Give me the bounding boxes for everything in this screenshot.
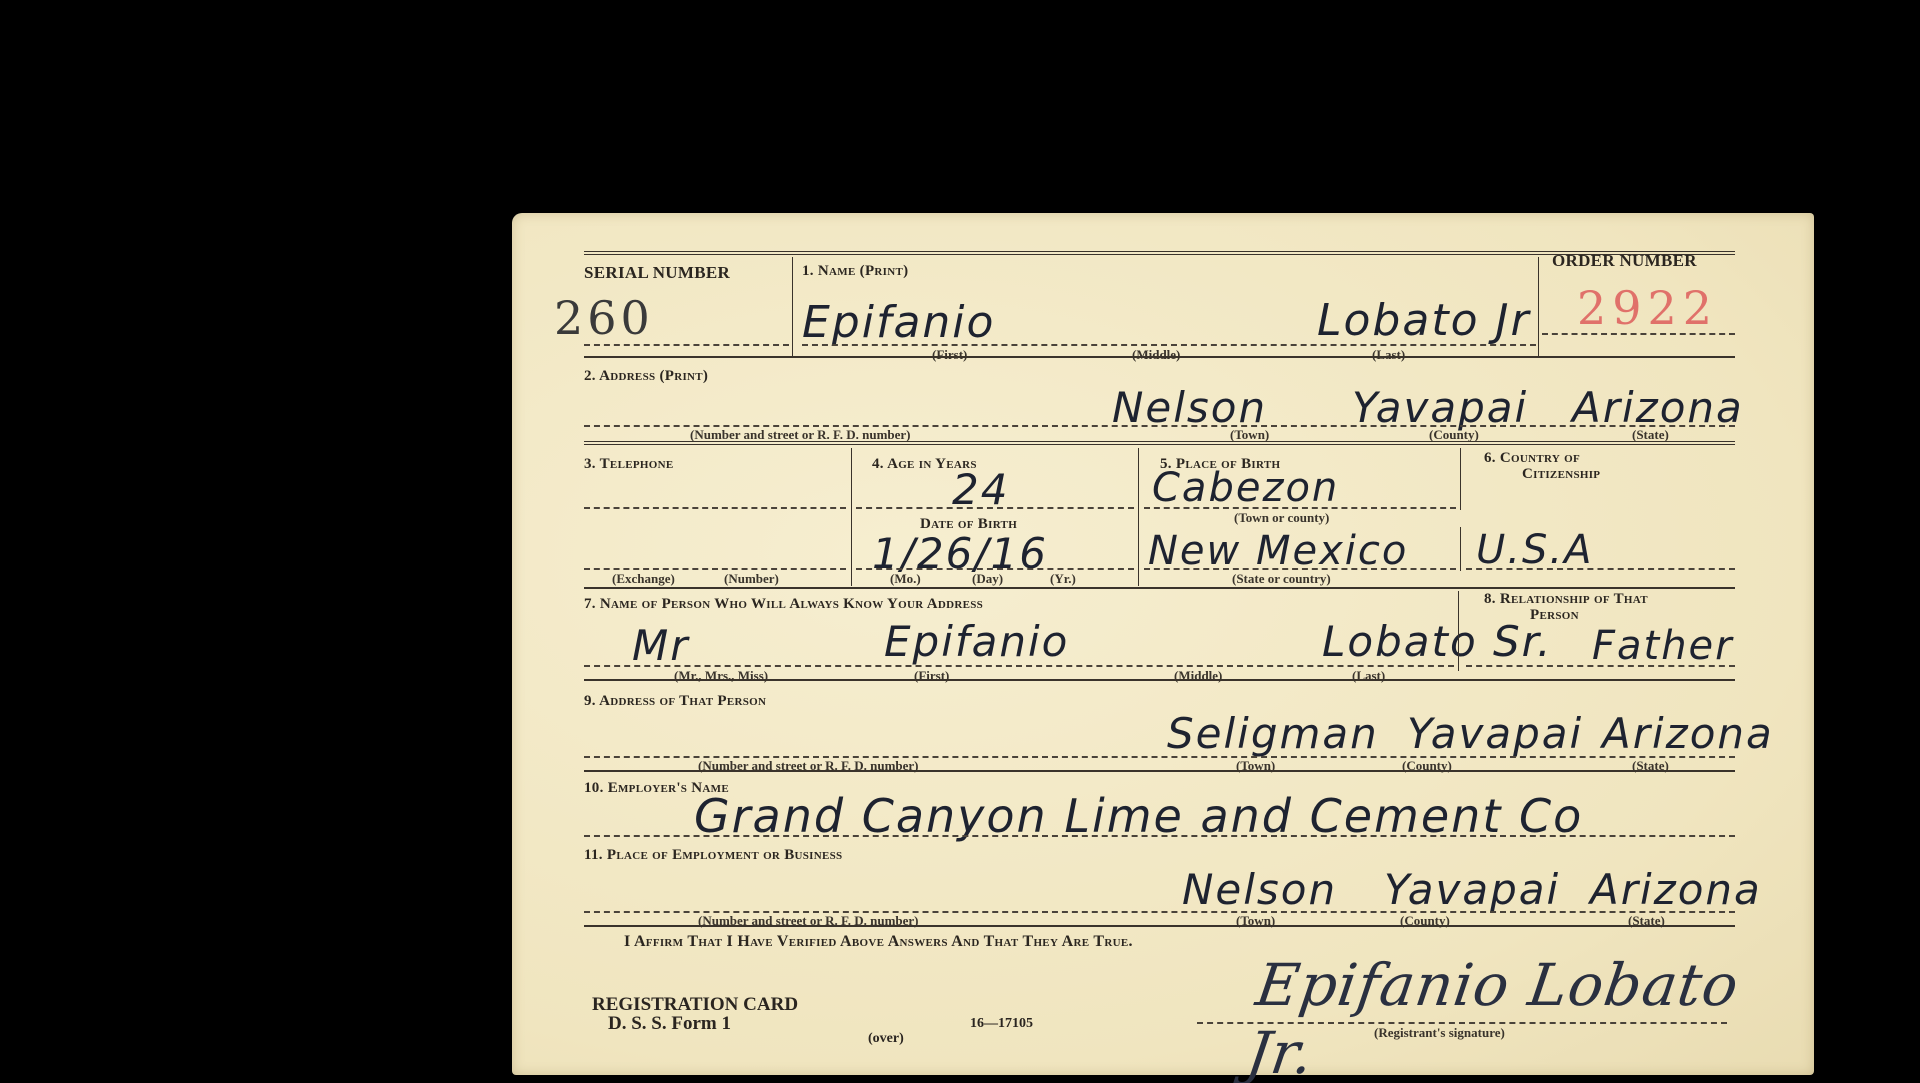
contact-last-caption: (Last) — [1352, 668, 1385, 684]
dob-dash — [856, 568, 1134, 570]
telephone-exchange-caption: (Exchange) — [612, 571, 675, 587]
serial-divider — [792, 257, 793, 357]
birthplace-state-dash — [1144, 568, 1456, 570]
citizenship-value: U.S.A — [1476, 527, 1593, 573]
affirmation-text: I Affirm That I Have Verified Above Answ… — [624, 933, 1133, 951]
name-middle-caption: (Middle) — [1132, 347, 1180, 363]
contact-title-value: Mr — [632, 621, 690, 670]
serial-number-label: Serial Number — [584, 263, 730, 283]
row7-rule — [584, 679, 1735, 681]
contact-address-county-value: Yavapai — [1407, 709, 1583, 758]
relationship-label-1: 8. Relationship of That — [1484, 591, 1648, 608]
pob-cit-divider-bottom — [1460, 527, 1461, 571]
row3-rule-right — [1466, 587, 1735, 589]
dob-day-caption: (Day) — [972, 571, 1003, 587]
print-code: 16—17105 — [970, 1016, 1033, 1032]
row9-rule — [584, 770, 1735, 772]
row1-rule — [584, 356, 1735, 358]
birthplace-town-caption: (Town or county) — [1234, 510, 1329, 526]
relationship-label-2: Person — [1530, 607, 1579, 624]
dob-yr-caption: (Yr.) — [1050, 571, 1076, 587]
contact-last-value: Lobato Sr. — [1322, 617, 1552, 666]
contact-first-value: Epifanio — [884, 617, 1069, 666]
over-label: (over) — [868, 1031, 904, 1047]
employment-state-value: Arizona — [1590, 865, 1762, 914]
order-dash — [1542, 333, 1735, 335]
order-divider — [1538, 257, 1539, 357]
birthplace-town-value: Cabezon — [1152, 465, 1339, 511]
tel-age-divider — [851, 448, 852, 586]
contact-middle-caption: (Middle) — [1174, 668, 1222, 684]
registration-card: Serial Number 260 1. Name (Print) Epifan… — [512, 213, 1814, 1075]
age-dash — [856, 507, 1134, 509]
dob-mo-caption: (Mo.) — [890, 571, 921, 587]
name-last-caption: (Last) — [1372, 347, 1405, 363]
name-label: 1. Name (Print) — [802, 263, 908, 280]
name-dash — [802, 344, 1536, 346]
contact-first-caption: (First) — [914, 668, 949, 684]
citizenship-label-2: Citizenship — [1522, 466, 1600, 483]
contact-address-label: 9. Address of That Person — [584, 693, 766, 710]
employment-county-value: Yavapai — [1384, 865, 1560, 914]
relationship-dash — [1466, 665, 1735, 667]
birthplace-town-dash — [1144, 507, 1456, 509]
citizenship-label-1: 6. Country of — [1484, 450, 1580, 467]
contact-title-caption: (Mr., Mrs., Miss) — [674, 668, 768, 684]
serial-dash — [584, 344, 789, 346]
telephone-dash-1 — [584, 507, 846, 509]
row2-rule — [584, 441, 1735, 445]
registrant-signature: Epifanio Lobato Jr. — [1242, 951, 1823, 1083]
serial-number-value: 260 — [554, 291, 654, 345]
signature-caption: (Registrant's signature) — [1374, 1025, 1505, 1041]
employment-place-label: 11. Place of Employment or Business — [584, 847, 842, 864]
telephone-dash-2 — [584, 568, 846, 570]
contact-dash — [584, 665, 1454, 667]
signature-dash — [1197, 1022, 1727, 1024]
contact-address-town-value: Seligman — [1167, 709, 1379, 758]
name-last-value: Lobato Jr — [1317, 295, 1531, 346]
order-number-label: Order Number — [1552, 251, 1697, 271]
name-first-value: Epifanio — [802, 297, 995, 348]
name-first-caption: (First) — [932, 347, 967, 363]
employer-dash — [584, 835, 1735, 837]
order-number-value: 2922 — [1577, 281, 1718, 335]
employment-town-value: Nelson — [1182, 865, 1337, 914]
telephone-label: 3. Telephone — [584, 456, 673, 473]
contact-rel-divider — [1458, 591, 1459, 671]
row3-rule-left — [584, 587, 1474, 589]
address-label: 2. Address (Print) — [584, 368, 708, 385]
contact-address-state-value: Arizona — [1602, 709, 1774, 758]
birthplace-state-caption: (State or country) — [1232, 571, 1331, 587]
citizenship-dash — [1466, 568, 1735, 570]
relationship-value: Father — [1592, 623, 1734, 669]
pob-cit-divider-top — [1460, 448, 1461, 510]
form-id: D. S. S. Form 1 — [608, 1013, 731, 1035]
row11-rule — [584, 925, 1735, 927]
telephone-number-caption: (Number) — [724, 571, 779, 587]
age-pob-divider — [1138, 448, 1139, 586]
contact-person-label: 7. Name of Person Who Will Always Know Y… — [584, 596, 983, 613]
